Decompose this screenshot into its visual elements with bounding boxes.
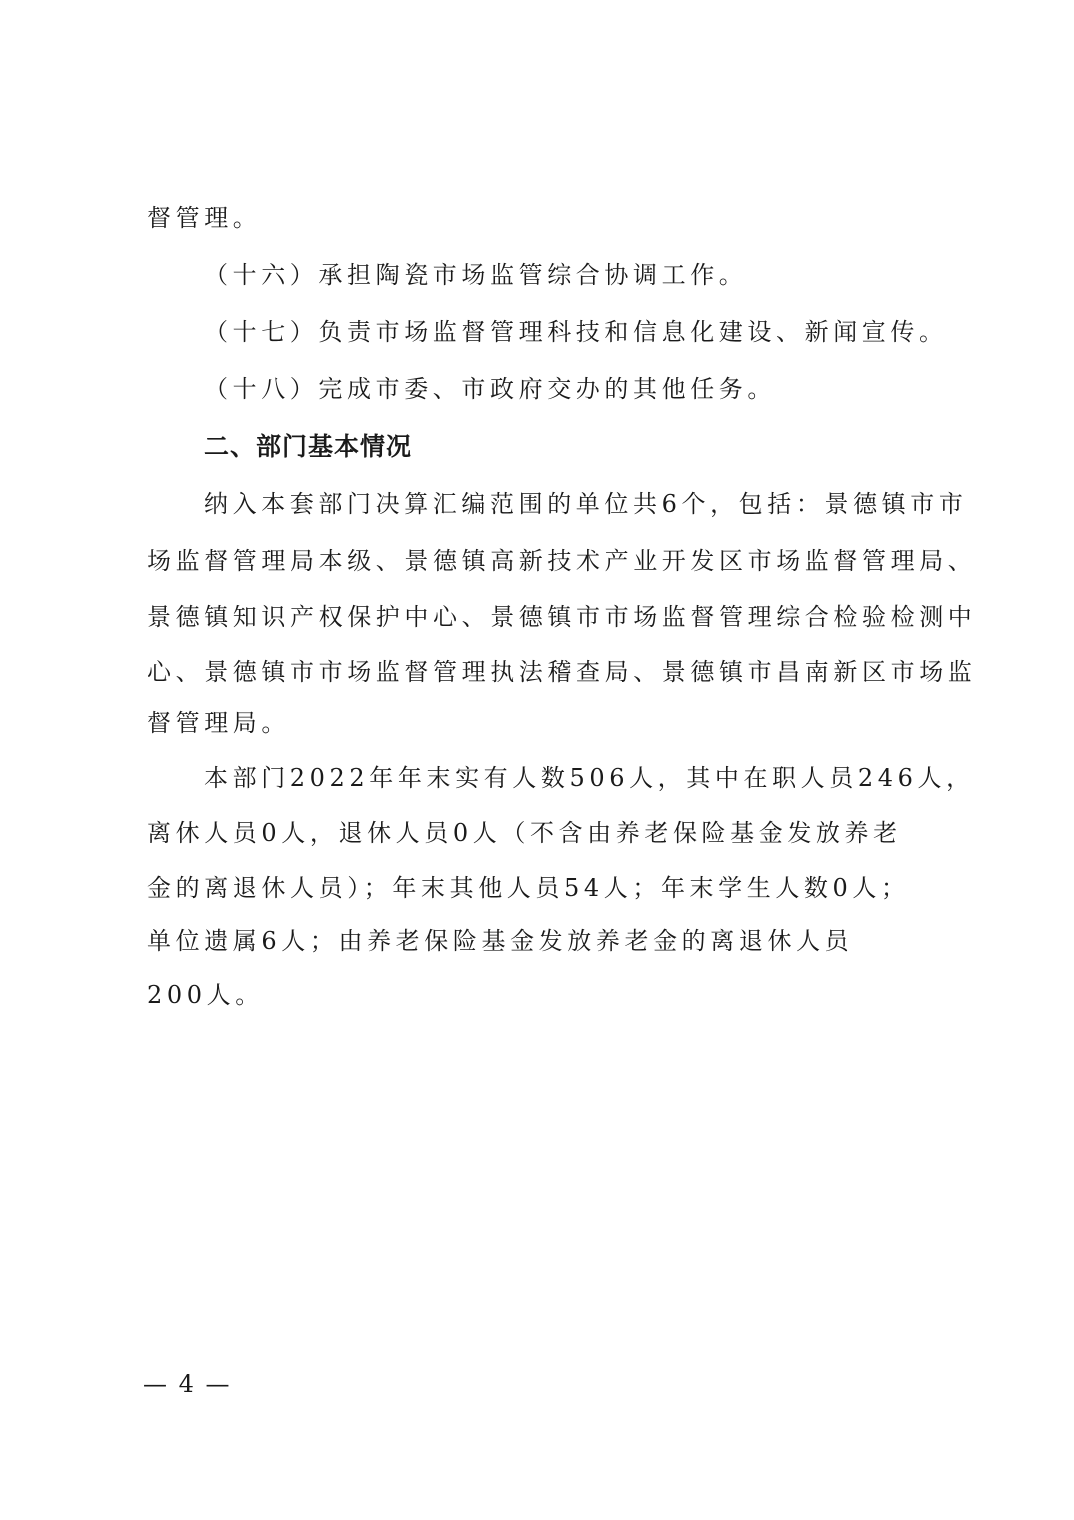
document-page: 督管理。 （十六）承担陶瓷市场监管综合协调工作。 （十七）负责市场监督管理科技和… xyxy=(0,0,1074,1520)
paragraph2-line-1: 本部门2022年年末实有人数506人，其中在职人员246人， xyxy=(204,762,994,794)
section-heading: 二、部门基本情况 xyxy=(204,431,994,463)
text-line-item-17: （十七）负责市场监督管理科技和信息化建设、新闻宣传。 xyxy=(204,316,994,348)
page-number: — 4 — xyxy=(143,1368,232,1400)
paragraph1-line-4: 心、景德镇市市场监督管理执法稽查局、景德镇市昌南新区市场监 xyxy=(147,656,937,688)
paragraph2-line-5: 200人。 xyxy=(147,979,937,1011)
paragraph1-line-1: 纳入本套部门决算汇编范围的单位共6个，包括：景德镇市市 xyxy=(204,488,994,520)
text-line-item-16: （十六）承担陶瓷市场监管综合协调工作。 xyxy=(204,259,994,291)
paragraph1-line-5: 督管理局。 xyxy=(147,707,937,739)
text-line-continuation: 督管理。 xyxy=(147,202,937,234)
paragraph2-line-3: 金的离退休人员）；年末其他人员54人；年末学生人数0人； xyxy=(147,872,937,904)
paragraph1-line-2: 场监督管理局本级、景德镇高新技术产业开发区市场监督管理局、 xyxy=(147,545,937,577)
paragraph2-line-2: 离休人员0人，退休人员0人（不含由养老保险基金发放养老 xyxy=(147,817,937,849)
text-line-item-18: （十八）完成市委、市政府交办的其他任务。 xyxy=(204,373,994,405)
paragraph2-line-4: 单位遗属6人；由养老保险基金发放养老金的离退休人员 xyxy=(147,925,937,957)
paragraph1-line-3: 景德镇知识产权保护中心、景德镇市市场监督管理综合检验检测中 xyxy=(147,601,937,633)
